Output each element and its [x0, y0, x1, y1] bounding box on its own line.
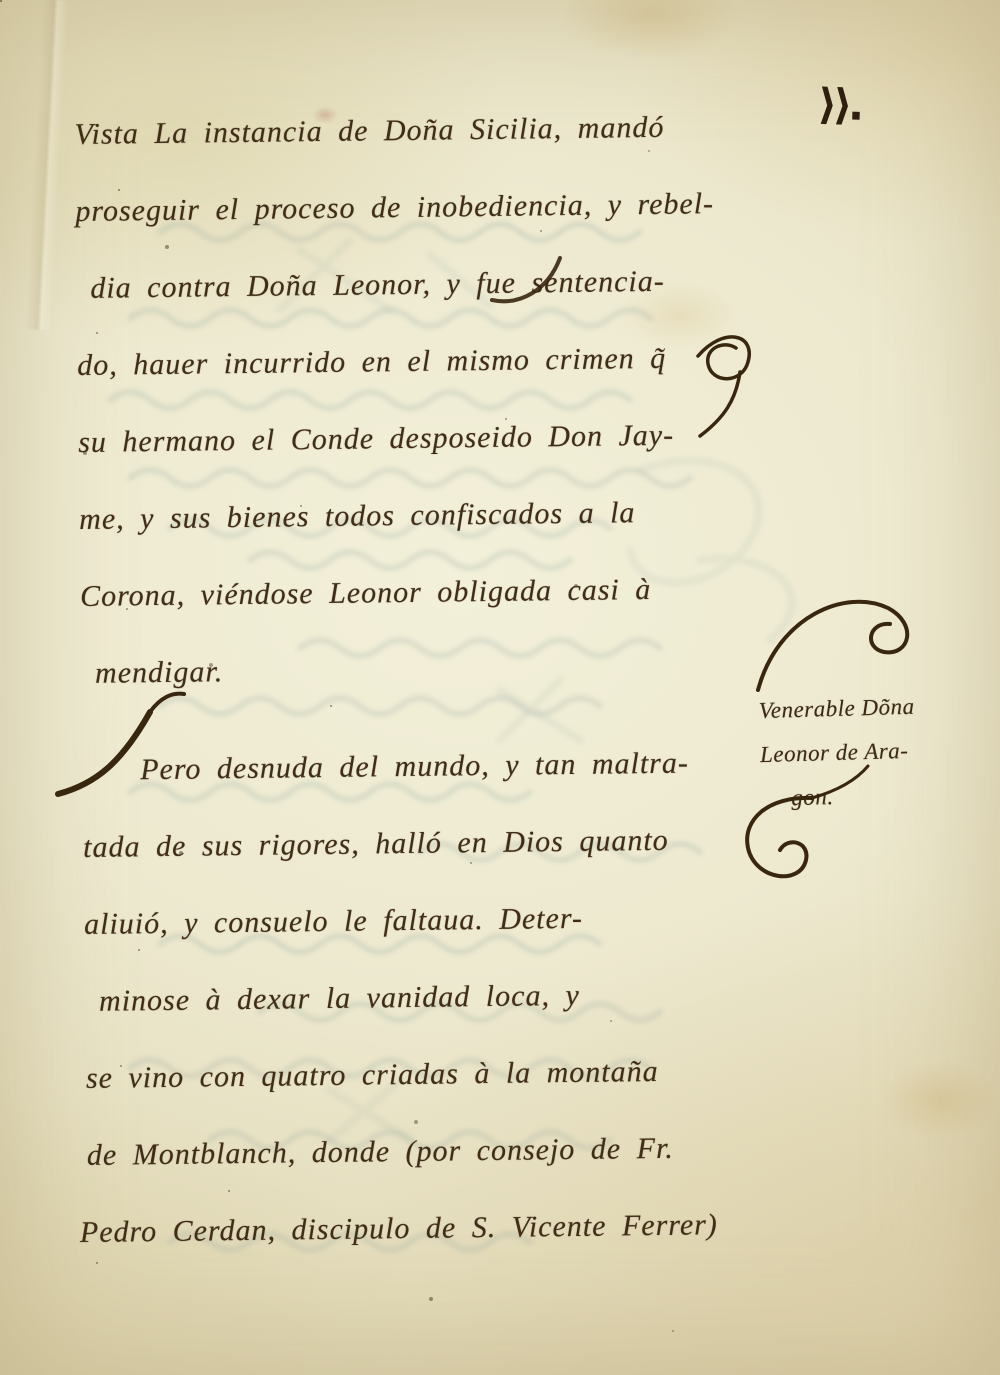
- manuscript-line: mendigar.: [95, 626, 782, 711]
- manuscript-line: do, hauer incurrido en el mismo crimen q…: [77, 318, 778, 404]
- margin-note-line: Venerable Dõna: [758, 683, 979, 733]
- manuscript-line: minose à dexar la vanidad loca, y: [99, 954, 786, 1039]
- margin-note-line: Leonor de Ara-: [759, 727, 980, 777]
- manuscript-line: Vista La instancia de Doña Sicilia, mand…: [74, 87, 775, 173]
- manuscript-line: su hermano el Conde desposeido Don Jay-: [78, 395, 779, 481]
- manuscript-line: Corona, viéndose Leonor obligada casi à: [80, 549, 781, 635]
- folio-mark: ⟩⟩.: [817, 79, 861, 129]
- manuscript-line: dia contra Doña Leonor, y fue sentencia-: [90, 241, 777, 326]
- manuscript-line: proseguir el proceso de inobediencia, y …: [75, 164, 776, 250]
- paragraph-1: Vista La instancia de Doña Sicilia, mand…: [74, 87, 781, 712]
- manuscript-line: tada de sus rigores, halló en Dios quant…: [83, 800, 784, 886]
- paragraph-2: Pero desnuda del mundo, y tan maltra- ta…: [82, 723, 789, 1271]
- margin-note-line: gon.: [791, 771, 982, 820]
- manuscript-line: de Montblanch, donde (por consejo de Fr.: [86, 1108, 787, 1194]
- manuscript-line: se vino con quatro criadas à la montaña: [86, 1031, 787, 1117]
- main-text-block: Vista La instancia de Doña Sicilia, mand…: [74, 87, 788, 1270]
- manuscript-line: Pero desnuda del mundo, y tan maltra-: [140, 723, 783, 808]
- manuscript-line: aliuió, y consuelo le faltaua. Deter-: [84, 877, 785, 963]
- manuscript-line: Pedro Cerdan, discipulo de S. Vicente Fe…: [79, 1185, 788, 1271]
- manuscript-line: me, y sus bienes todos confiscados a la: [79, 472, 780, 558]
- margin-note: Venerable Dõna Leonor de Ara- gon.: [758, 683, 982, 821]
- ink-speckles: [0, 0, 2, 2]
- manuscript-page: ⟩⟩. Vista La instancia de Doña Sicilia, …: [0, 0, 1000, 1375]
